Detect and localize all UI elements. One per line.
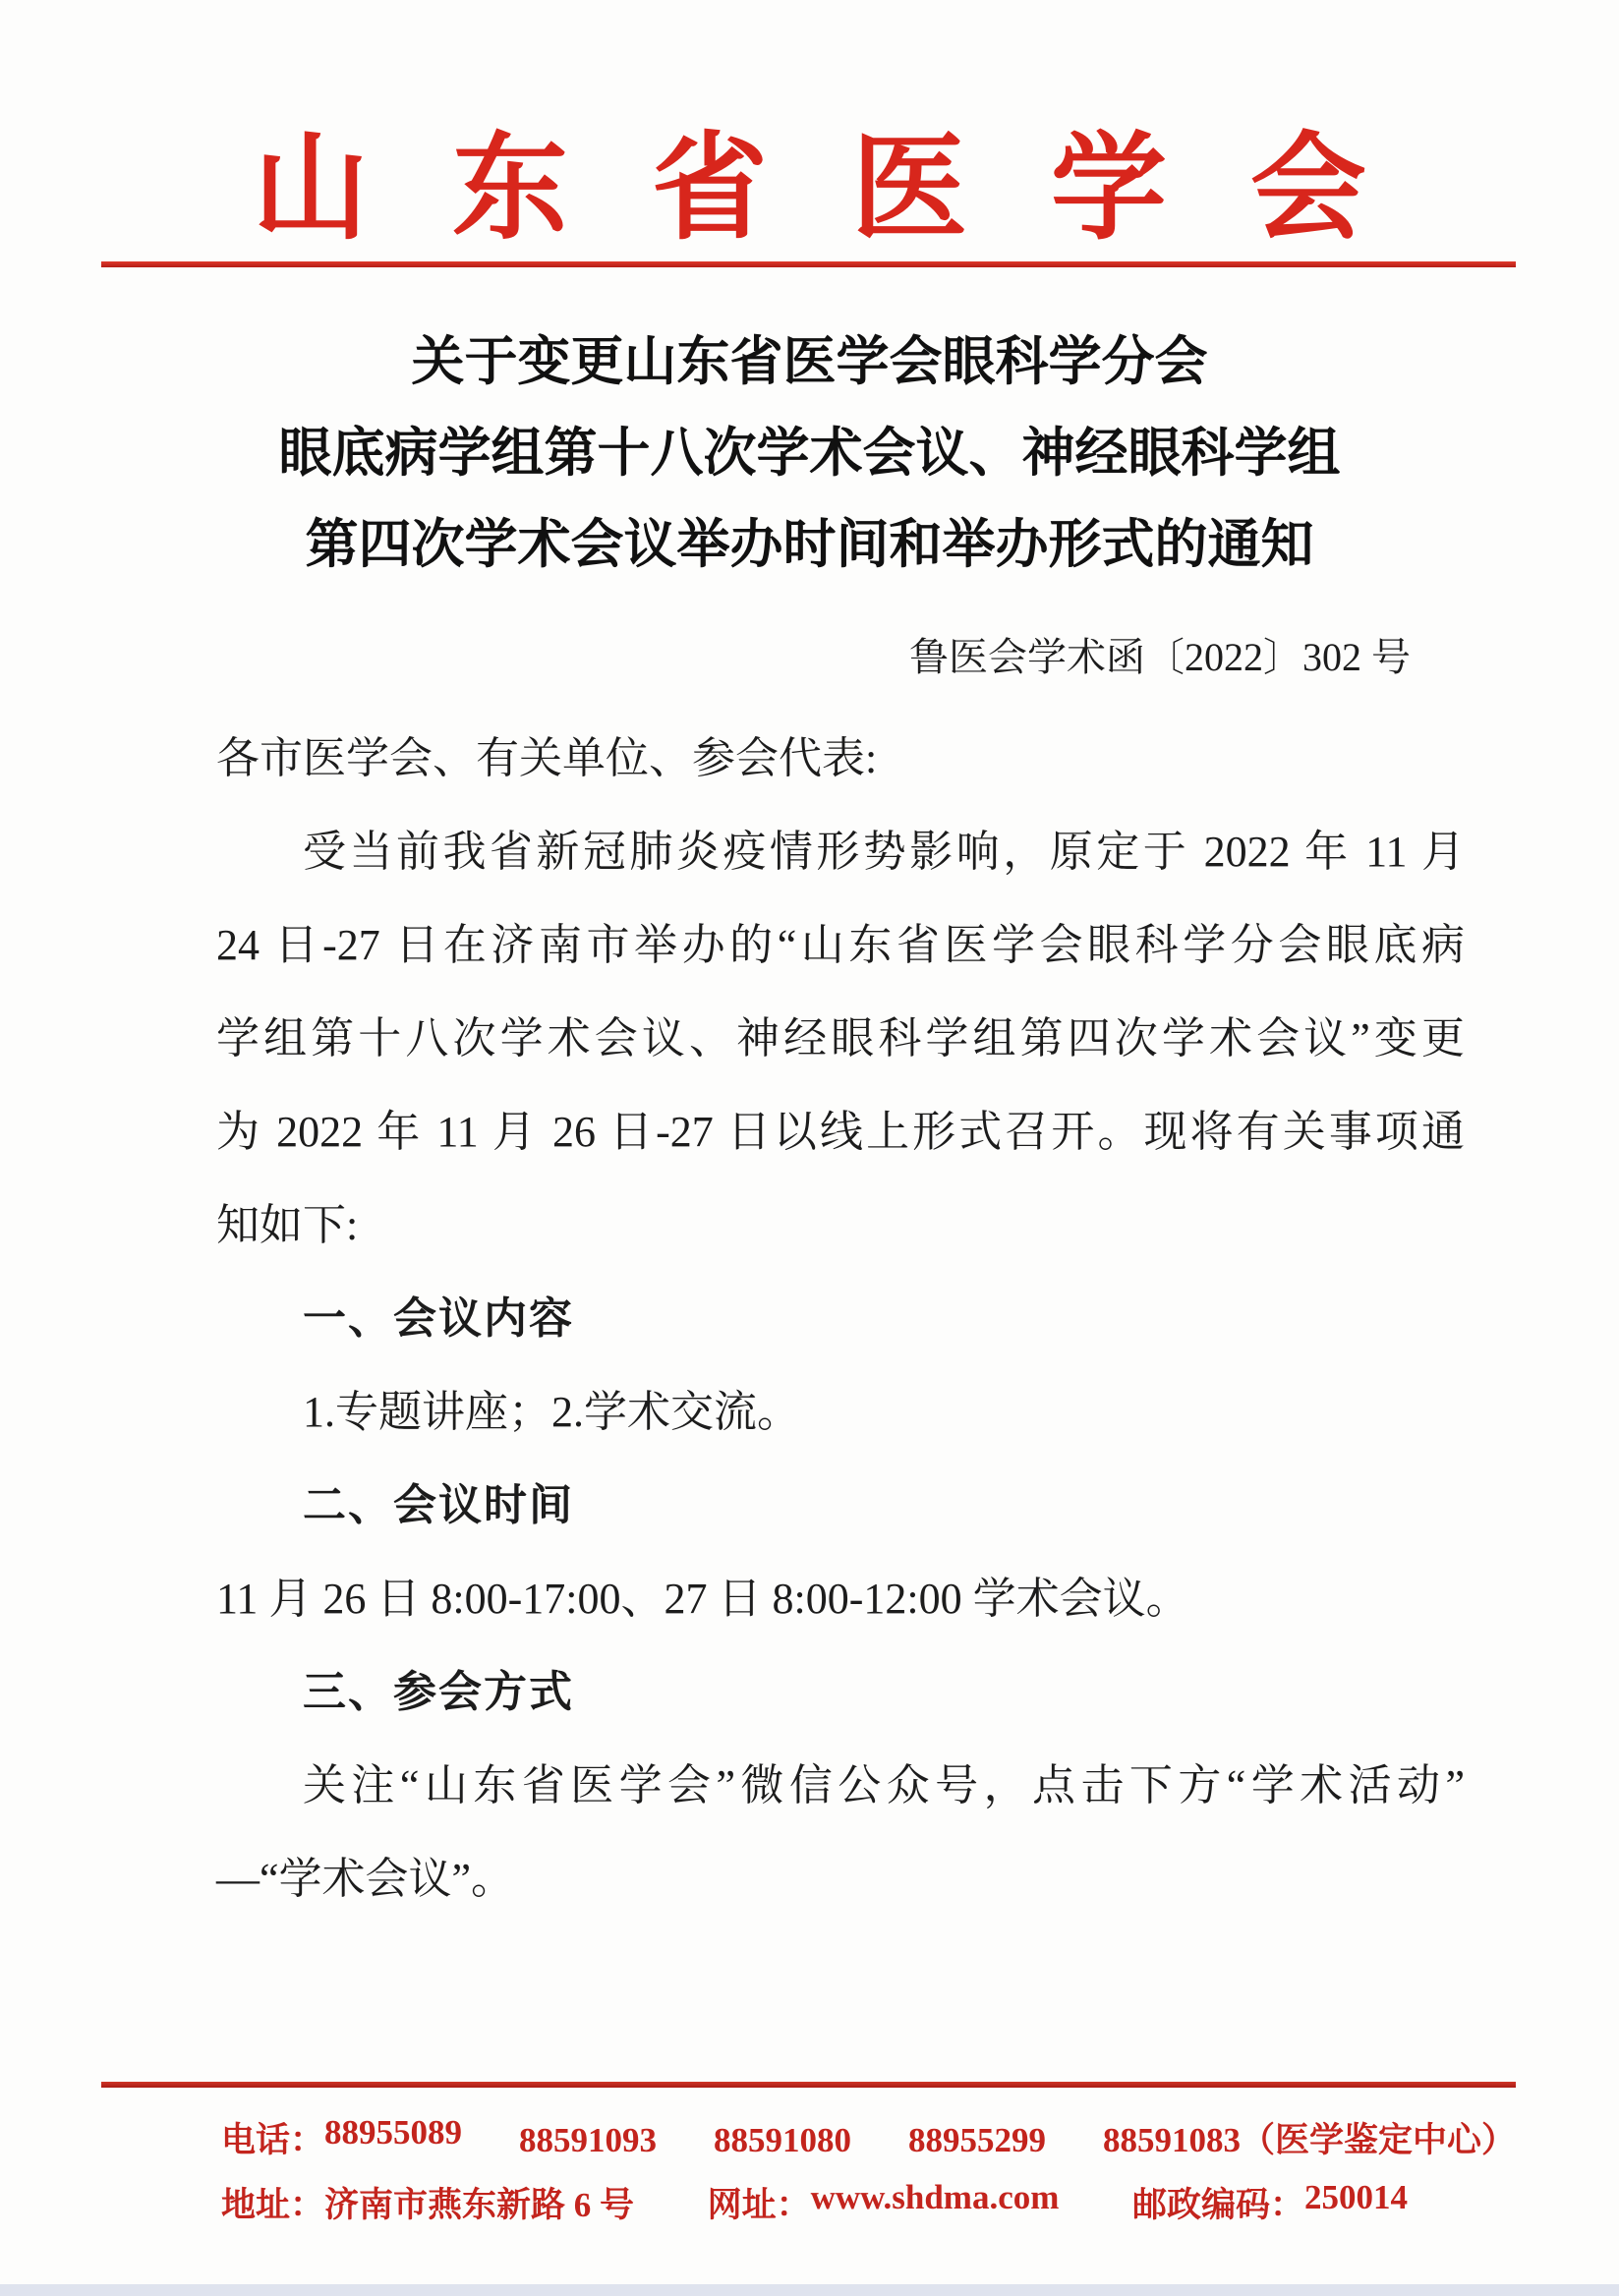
- section3-line-1: 关注“山东省医学会”微信公众号，点击下方“学术活动”: [216, 1739, 1465, 1832]
- postal-code-value: 250014: [1304, 2178, 1408, 2227]
- paragraph-line: 知如下:: [216, 1178, 1465, 1272]
- notice-title-line-1: 关于变更山东省医学会眼科学分会: [0, 316, 1619, 408]
- phone-number: 88591093: [519, 2121, 657, 2160]
- notice-title-line-2: 眼底病学组第十八次学术会议、神经眼科学组: [0, 408, 1619, 499]
- website-value: www.shdma.com: [811, 2178, 1060, 2227]
- masthead-divider-rule: [101, 261, 1516, 267]
- phone-number: 88591080: [714, 2121, 851, 2160]
- salutation-line: 各市医学会、有关单位、参会代表:: [216, 712, 1465, 805]
- notice-document-page: 山东省医学会 关于变更山东省医学会眼科学分会 眼底病学组第十八次学术会议、神经眼…: [0, 0, 1619, 2296]
- notice-title-line-3: 第四次学术会议举办时间和举办形式的通知: [0, 499, 1619, 591]
- notice-body: 各市医学会、有关单位、参会代表: 受当前我省新冠肺炎疫情形势影响，原定于 202…: [216, 712, 1465, 1925]
- document-reference-number: 鲁医会学术函〔2022〕302 号: [216, 635, 1465, 680]
- address-entry: 地址： 济南市燕东新路 6 号: [221, 2178, 634, 2227]
- postal-code-label: 邮政编码：: [1132, 2178, 1304, 2227]
- letterhead-footer: 电话： 88955089 88591093 88591080 88955299 …: [0, 2082, 1619, 2227]
- phone-label: 电话：: [221, 2113, 324, 2162]
- notice-title: 关于变更山东省医学会眼科学分会 眼底病学组第十八次学术会议、神经眼科学组 第四次…: [0, 316, 1619, 591]
- footer-divider-rule: [101, 2082, 1516, 2088]
- postal-code-entry: 邮政编码： 250014: [1132, 2178, 1408, 2227]
- paragraph-line: 受当前我省新冠肺炎疫情形势影响，原定于 2022 年 11 月: [216, 805, 1465, 898]
- website-entry: 网址： www.shdma.com: [708, 2178, 1060, 2227]
- org-masthead-title: 山东省医学会: [0, 0, 1619, 248]
- phone-number: 88955299: [908, 2121, 1046, 2160]
- phone-number-medical-appraisal-center: 88591083（医学鉴定中心）: [1103, 2113, 1516, 2162]
- section2-item: 11 月 26 日 8:00-17:00、27 日 8:00-12:00 学术会…: [216, 1552, 1465, 1645]
- section2-heading: 二、会议时间: [216, 1459, 1465, 1552]
- paragraph-line: 学组第十八次学术会议、神经眼科学组第四次学术会议”变更: [216, 992, 1465, 1085]
- scan-edge-artifact: [0, 2284, 1619, 2296]
- website-label: 网址：: [708, 2178, 811, 2227]
- section1-heading: 一、会议内容: [216, 1272, 1465, 1365]
- section1-item: 1.专题讲座；2.学术交流。: [216, 1365, 1465, 1459]
- paragraph-line: 24 日-27 日在济南市举办的“山东省医学会眼科学分会眼底病: [216, 898, 1465, 992]
- section3-heading: 三、参会方式: [216, 1645, 1465, 1739]
- address-value: 济南市燕东新路 6 号: [324, 2178, 634, 2227]
- address-label: 地址：: [221, 2178, 324, 2227]
- footer-phone-row: 电话： 88955089 88591093 88591080 88955299 …: [221, 2113, 1408, 2162]
- phone-entry: 电话： 88955089: [221, 2113, 462, 2162]
- paragraph-line: 为 2022 年 11 月 26 日-27 日以线上形式召开。现将有关事项通: [216, 1085, 1465, 1178]
- section3-line-2: —“学术会议”。: [216, 1832, 1465, 1925]
- phone-number: 88955089: [324, 2113, 462, 2162]
- footer-address-row: 地址： 济南市燕东新路 6 号 网址： www.shdma.com 邮政编码： …: [221, 2178, 1408, 2227]
